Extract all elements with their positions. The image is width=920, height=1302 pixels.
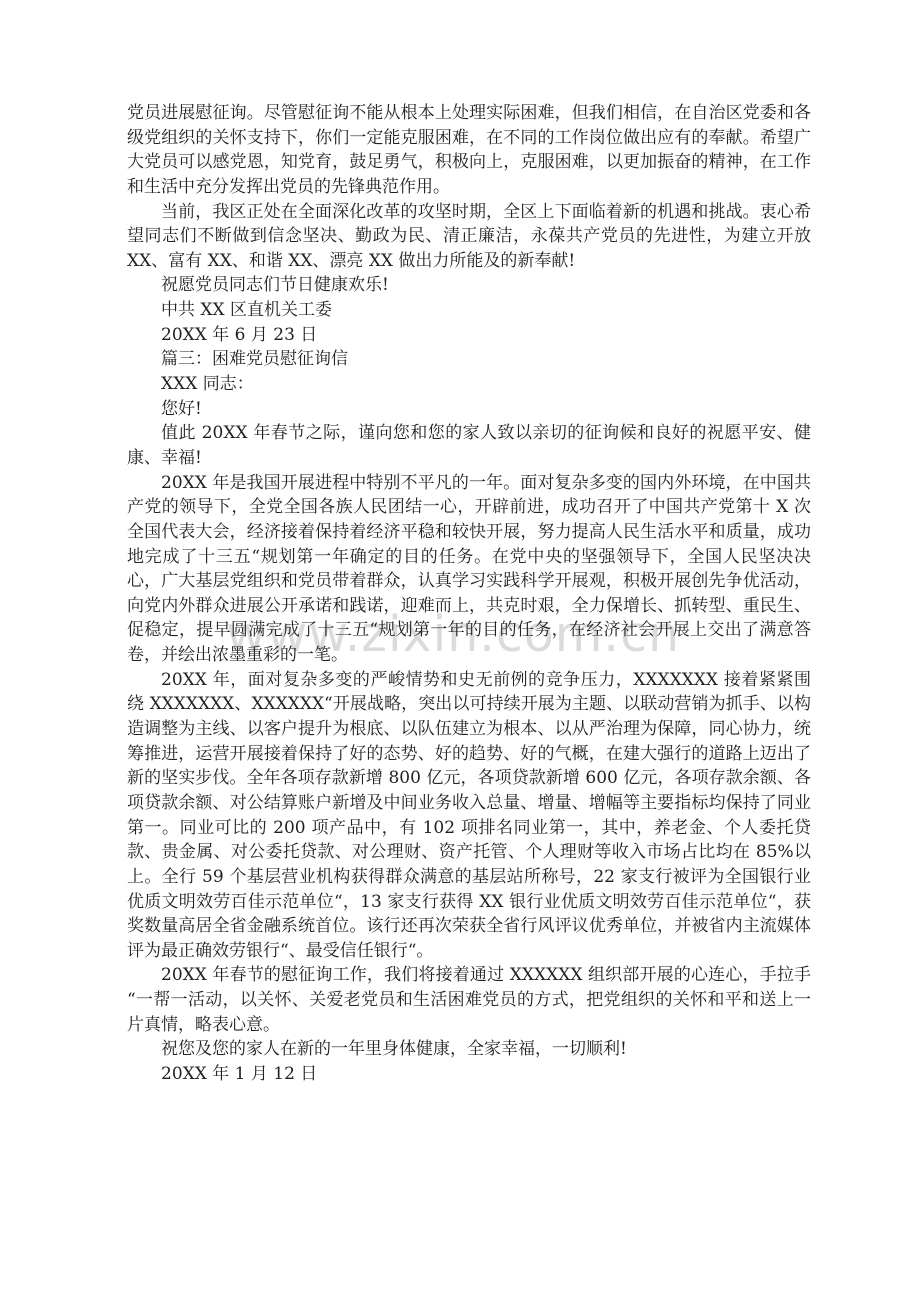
paragraph: 党员进展慰征询。尽管慰征询不能从根本上处理实际困难，但我们相信，在自治区党委和各… [127,101,811,200]
paragraph: 值此 20XX 年春节之际，谨向您和您的家人致以亲切的征询候和良好的祝愿平安、健… [127,421,811,470]
document-page: { "page": { "background_color": "#ffffff… [0,0,920,1302]
letter-body: 党员进展慰征询。尽管慰征询不能从根本上处理实际困难，但我们相信，在自治区党委和各… [127,101,811,1087]
well-wishes-line: 祝您及您的家人在新的一年里身体健康，全家幸福，一切顺利! [127,1037,811,1062]
paragraph: 20XX 年，面对复杂多变的严峻情势和史无前例的竞争压力，XXXXXXX 接着紧… [127,668,811,964]
salutation: XXX 同志： [127,372,811,397]
paragraph: 祝愿党员同志们节日健康欢乐! [127,273,811,298]
page-background: www.zixin.com.cn 党员进展慰征询。尽管慰征询不能从根本上处理实际… [0,0,920,1302]
greeting: 您好! [127,397,811,422]
section-heading: 篇三：困难党员慰征询信 [127,347,811,372]
date-line: 20XX 年 6 月 23 日 [127,323,811,348]
date-line: 20XX 年 1 月 12 日 [127,1062,811,1087]
paragraph: 20XX 年春节的慰征询工作，我们将接着通过 XXXXXX 组织部开展的心连心，… [127,963,811,1037]
paragraph: 当前，我区正处在全面深化改革的攻坚时期，全区上下面临着新的机遇和挑战。衷心希望同… [127,200,811,274]
paragraph: 20XX 年是我国开展进程中特别不平凡的一年。面对复杂多变的国内外环境，在中国共… [127,471,811,668]
signature-line: 中共 XX 区直机关工委 [127,298,811,323]
